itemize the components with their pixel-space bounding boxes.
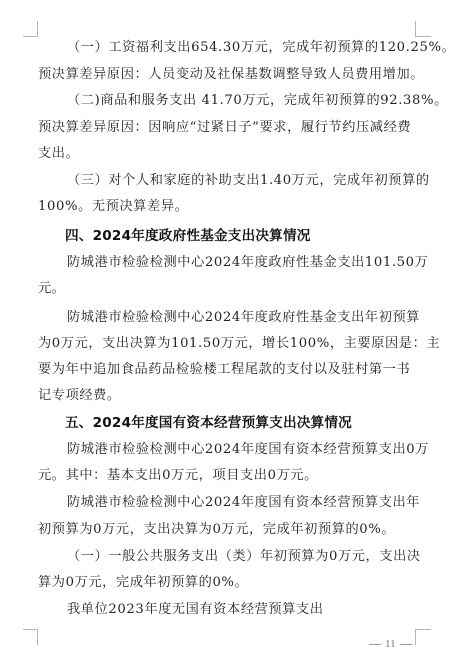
paragraph-subsidy-line: （三）对个人和家庭的补助支出1.40万元，完成年初预算的 — [67, 172, 447, 190]
document-page: （一）工资福利支出654.30万元，完成年初预算的120.25%。 预决算差异原… — [0, 0, 459, 670]
paragraph-wages-reason-line: 预决算差异原因：人员变动及社保基数调整导致人员费用增加。 — [38, 66, 418, 84]
paragraph-no-state-capital-line: 我单位2023年度无国有资本经营预算支出 — [67, 601, 447, 619]
crop-mark-bottom-left — [23, 629, 38, 645]
page-number-dash-left — [369, 644, 381, 645]
paragraph-public-services-line-2: 算为0万元，完成年初预算的0%。 — [38, 574, 418, 592]
paragraph-gov-fund-budget-line-2: 为0万元，支出决算为101.50万元，增长100%，主要原因是：主 — [38, 335, 418, 353]
page-number-value: 11 — [385, 638, 396, 650]
paragraph-wages-line: （一）工资福利支出654.30万元，完成年初预算的120.25%。 — [67, 39, 447, 57]
paragraph-state-capital-budget-line: 防城港市检验检测中心2024年度国有资本经营预算支出年 — [67, 494, 447, 512]
paragraph-state-capital-budget-line-2: 初预算为0万元，支出决算为0万元，完成年初预算的0%。 — [38, 521, 418, 539]
paragraph-gov-fund-budget-line: 防城港市检验检测中心2024年度政府性基金支出年初预算 — [67, 309, 447, 327]
paragraph-goods-reason-line-2: 支出。 — [38, 145, 418, 163]
paragraph-state-capital-line: 防城港市检验检测中心2024年度国有资本经营预算支出0万 — [67, 441, 447, 459]
crop-mark-top-left — [23, 21, 38, 37]
section-heading-state-capital: 五、2024年度国有资本经营预算支出决算情况 — [65, 414, 445, 432]
paragraph-goods-reason-line: 预决算差异原因：因响应“过紧日子”要求，履行节约压减经费 — [38, 119, 418, 137]
paragraph-gov-fund-line: 防城港市检验检测中心2024年度政府性基金支出101.50万 — [67, 254, 447, 272]
paragraph-state-capital-line-2: 元。其中：基本支出0万元，项目支出0万元。 — [38, 467, 418, 485]
paragraph-goods-services-line: （二)商品和服务支出 41.70万元，完成年初预算的92.38%。 — [67, 92, 447, 110]
paragraph-gov-fund-budget-line-4: 记专项经费。 — [38, 387, 418, 405]
crop-mark-top-right — [415, 21, 431, 37]
paragraph-public-services-line: （一）一般公共服务支出（类）年初预算为0万元，支出决 — [67, 548, 447, 566]
paragraph-gov-fund-line-2: 元。 — [38, 280, 418, 298]
page-number-dash-right — [400, 644, 412, 645]
paragraph-gov-fund-budget-line-3: 要为年中追加食品药品检验楼工程尾款的支付以及驻村第一书 — [38, 361, 418, 379]
page-number: 11 — [369, 637, 419, 651]
section-heading-government-fund: 四、2024年度政府性基金支出决算情况 — [65, 227, 445, 245]
paragraph-subsidy-line-2: 100%。无预决算差异。 — [38, 198, 418, 216]
